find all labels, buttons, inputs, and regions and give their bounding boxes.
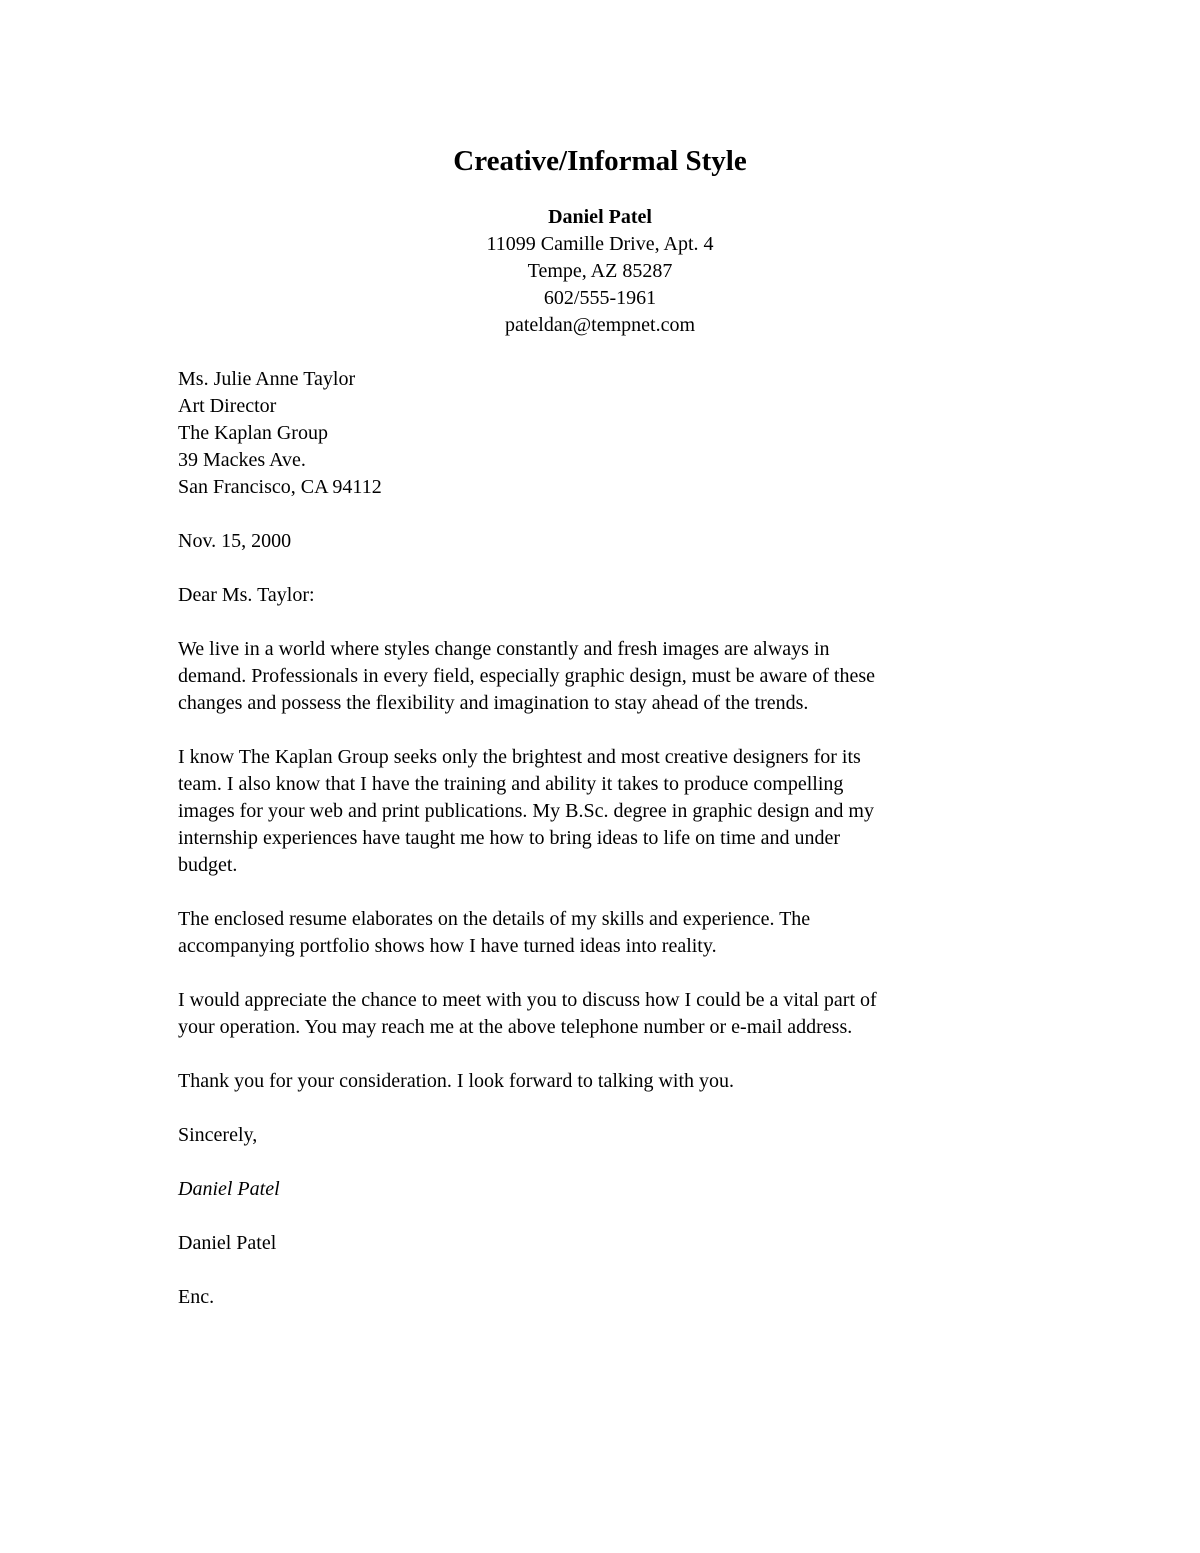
closing: Sincerely, — [178, 1122, 1022, 1149]
salutation: Dear Ms. Taylor: — [178, 582, 1022, 609]
body-paragraph-5: Thank you for your consideration. I look… — [178, 1068, 1022, 1095]
signature-typed: Daniel Patel — [178, 1230, 1022, 1257]
sender-name: Daniel Patel — [178, 204, 1022, 231]
enclosure-notation: Enc. — [178, 1284, 1022, 1311]
signature-handwritten: Daniel Patel — [178, 1176, 1022, 1203]
date-line: Nov. 15, 2000 — [178, 528, 1022, 555]
letter-page: Creative/Informal Style Daniel Patel 110… — [0, 0, 1200, 1553]
body-paragraph-2: I know The Kaplan Group seeks only the b… — [178, 744, 1022, 879]
body-paragraph-3: The enclosed resume elaborates on the de… — [178, 906, 1022, 960]
sender-block: Daniel Patel 11099 Camille Drive, Apt. 4… — [178, 204, 1022, 339]
body-paragraph-1: We live in a world where styles change c… — [178, 636, 1022, 717]
body-paragraph-4: I would appreciate the chance to meet wi… — [178, 987, 1022, 1041]
sender-address: 11099 Camille Drive, Apt. 4 Tempe, AZ 85… — [178, 231, 1022, 339]
recipient-address: Ms. Julie Anne Taylor Art Director The K… — [178, 366, 1022, 501]
document-title: Creative/Informal Style — [178, 144, 1022, 178]
